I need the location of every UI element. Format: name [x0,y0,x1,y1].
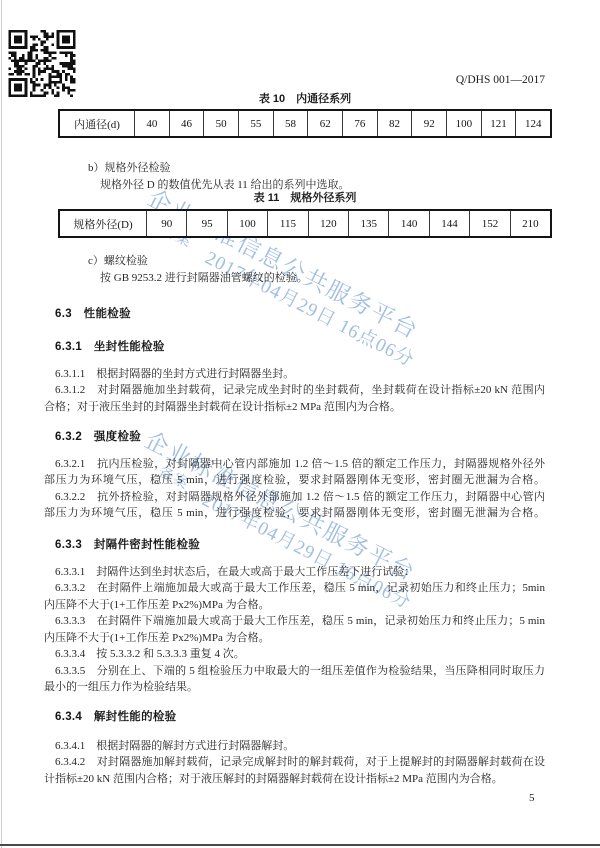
page-number: 5 [529,792,535,804]
table10-value-cell: 40 [134,111,169,136]
table10-value-cell: 92 [411,111,446,136]
clause-6-3-2-2-line1: 6.3.2.2 抗外挤检验，对封隔器规格外径外部施加 1.2 倍～1.5 倍的额… [55,491,545,505]
clause-6-3-3-3-line2: 内压降不大于(1+工作压差 Px2%)MPa 为合格。 [44,632,270,645]
clause-6-3-3-2-line2: 内压降不大于(1+工作压差 Px2%)MPa 为合格。 [44,599,270,612]
table-10: 内通径(d) 40 46 50 55 58 62 76 82 92 100 12… [58,109,552,138]
table10-value-cell: 58 [273,111,308,136]
table11-value-cell: 135 [348,211,388,236]
table11-value-cell: 210 [510,211,550,236]
table11-value-cell: 152 [469,211,509,236]
table10-value-cell: 76 [342,111,377,136]
heading-6-3-2: 6.3.2 强度检验 [55,428,141,444]
clause-6-3-3-3-line1: 6.3.3.3 在封隔件下端施加最大或高于最大工作压差，稳压 5 min，记录初… [55,615,545,629]
heading-6-3-4: 6.3.4 解封性能的检验 [55,708,176,724]
table11-value-cell: 95 [186,211,226,236]
clause-6-3-2-1-line2: 部压力为环境气压，稳压 5 min，进行强度检验，要求封隔器刚体无变形，密封圈无… [44,474,545,488]
table11-value-cell: 115 [267,211,307,236]
list-item-c: c）螺纹检验 [88,255,148,268]
table11-value-cell: 100 [227,211,267,236]
scan-left-edge [1,0,2,848]
table11-value-cell: 144 [429,211,469,236]
table10-value-cell: 82 [377,111,412,136]
list-item-c-note: 按 GB 9253.2 进行封隔器油管螺纹的检验。 [100,272,308,285]
scan-bottom-edge [0,844,600,846]
clause-6-3-4-2-line1: 6.3.4.2 对封隔器施加解封载荷，记录完成解封时的解封载荷，对于上提解封的封… [55,756,545,770]
clause-6-3-2-2-line2: 部压力为环境气压，稳压 5 min，进行强度检验，要求封隔器刚体无变形，密封圈无… [44,507,545,521]
heading-6-3-1: 6.3.1 坐封性能检验 [55,338,165,354]
table11-header-cell: 规格外径(D) [60,211,146,236]
clause-6-3-4-2-line2: 计指标±20 kN 范围内合格；对于液压解封的封隔器解封载荷在设计指标±2 MP… [44,773,503,786]
clause-6-3-3-5-line1: 6.3.3.5 分别在上、下端的 5 组检验压力中取最大的一组压差值作为检验结果… [55,665,545,679]
clause-6-3-3-2-line1: 6.3.3.2 在封隔件上端施加最大或高于最大工作压差，稳压 5 min，记录初… [55,582,545,596]
clause-6-3-4-1: 6.3.4.1 根据封隔器的解封方式进行封隔器解封。 [55,740,294,753]
table10-value-cell: 50 [203,111,238,136]
table10-value-cell: 46 [169,111,204,136]
table10-value-cell: 100 [446,111,481,136]
table11-value-cell: 140 [388,211,428,236]
heading-6-3-3: 6.3.3 封隔件密封性能检验 [55,536,200,552]
table10-value-cell: 55 [238,111,273,136]
table-11: 规格外径(D) 90 95 100 115 120 135 140 144 15… [58,209,552,238]
clause-6-3-1-2-line1: 6.3.1.2 对封隔器施加坐封载荷，记录完成坐封时的坐封载荷，坐封载荷在设计指… [55,384,545,398]
table10-value-cell: 121 [481,111,516,136]
clause-6-3-2-1-line1: 6.3.2.1 抗内压检验，对封隔器中心管内部施加 1.2 倍～1.5 倍的额定… [55,458,545,472]
clause-6-3-3-5-line2: 最小的一组压力作为检验结果。 [44,681,198,694]
qr-code [8,30,76,97]
clause-6-3-1-1: 6.3.1.1 根据封隔器的坐封方式进行封隔器坐封。 [55,368,294,381]
clause-6-3-1-2-line2: 合格；对于液压坐封的封隔器坐封载荷在设计指标±2 MPa 范围内为合格。 [44,401,401,414]
table11-value-cell: 90 [146,211,186,236]
page-root: 企业标准信息公共服务平台 备案 2017年04月29日 16点06分 企业标准信… [0,0,600,848]
table10-caption: 表 10 内通径系列 [58,90,552,106]
clause-6-3-3-1: 6.3.3.1 封隔件达到坐封状态后，在最大或高于最大工作压差下进行试验： [55,566,415,579]
doc-code: Q/DHS 001—2017 [360,74,545,86]
table10-value-cell: 124 [515,111,550,136]
table10-header-cell: 内通径(d) [60,111,134,136]
list-item-b: b）规格外径检验 [88,162,171,175]
heading-6-3: 6.3 性能检验 [55,305,131,321]
table11-caption: 表 11 规格外径系列 [58,189,552,205]
watermark-datetime-text: 2017年04月29日 16点06分 [201,243,420,372]
clause-6-3-3-4: 6.3.3.4 按 5.3.3.2 和 5.3.3.3 重复 4 次。 [55,648,245,661]
table10-value-cell: 62 [307,111,342,136]
table11-value-cell: 120 [308,211,348,236]
